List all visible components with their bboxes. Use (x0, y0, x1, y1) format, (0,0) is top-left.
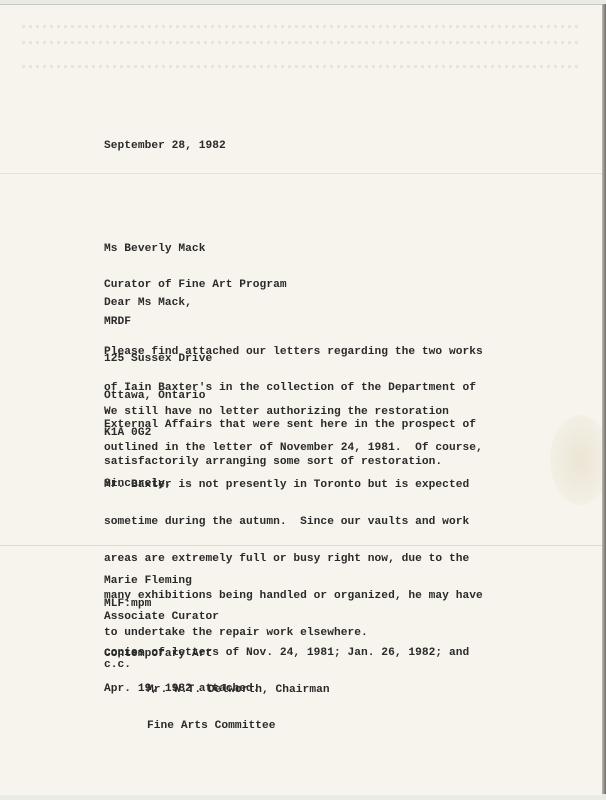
enclosure-line: copies of letters of Nov. 24, 1981; Jan.… (104, 647, 469, 659)
cc-committee: Fine Arts Committee (147, 720, 330, 732)
closing: Sincerely, (104, 478, 172, 490)
cc-recipient: Mr. W.T. Delworth, Chairman (147, 684, 330, 696)
cc-label: c.c. (104, 659, 131, 671)
show-through-text (22, 25, 582, 85)
letter-date: September 28, 1982 (104, 140, 226, 152)
paragraph-line: outlined in the letter of November 24, 1… (104, 442, 483, 454)
recipient-title: Curator of Fine Art Program (104, 279, 287, 291)
paper-stain (550, 415, 606, 505)
paragraph-line: sometime during the autumn. Since our va… (104, 516, 483, 528)
recipient-name: Ms Beverly Mack (104, 243, 287, 255)
signer-name: Marie Fleming (104, 575, 219, 587)
cc-list: Mr. W.T. Delworth, Chairman Fine Arts Co… (147, 659, 330, 745)
paragraph-line: Please find attached our letters regardi… (104, 346, 483, 358)
reference-initials: MLF:mpm (104, 598, 151, 610)
salutation: Dear Ms Mack, (104, 297, 192, 309)
page-edge (602, 4, 606, 794)
paragraph-line: We still have no letter authorizing the … (104, 406, 483, 418)
